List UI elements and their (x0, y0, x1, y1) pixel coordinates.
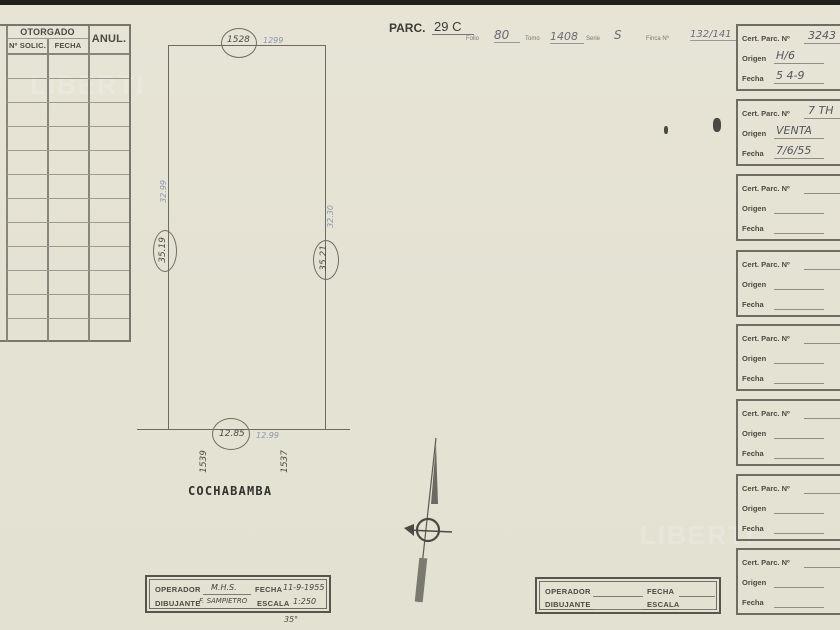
right-dimension-pencil: 32.30 (326, 205, 335, 228)
table-row-divider (7, 198, 129, 199)
fecha-value: 7/6/55 (776, 144, 811, 157)
certificate-box: Cert. Parc. NºOrigenFecha (736, 399, 840, 466)
certificate-box: Cert. Parc. Nº7 THOrigenVENTAFecha7/6/55 (736, 99, 840, 166)
finca-value: 132/141 (690, 29, 736, 41)
corner-number-left: 1539 (199, 450, 209, 473)
cert-number-label: Cert. Parc. Nº (742, 184, 790, 193)
origen-value: VENTA (776, 124, 812, 137)
origen-value: H/6 (776, 49, 795, 62)
escala-label: ESCALA (257, 599, 290, 608)
right-dimension: 35.21 (319, 245, 329, 271)
origen-label: Origen (742, 54, 766, 63)
table-row-divider (7, 318, 129, 319)
bottom-dimension-pencil: 12.99 (256, 431, 279, 440)
header-anul: ANUL. (89, 33, 129, 45)
origen-line (774, 438, 824, 439)
cert-number-line (804, 118, 840, 119)
origen-label: Origen (742, 280, 766, 289)
table-header-divider (7, 38, 88, 39)
table-row-divider (7, 78, 129, 79)
table-row-divider (7, 246, 129, 247)
folio-label: Folio (466, 36, 479, 42)
cert-number-label: Cert. Parc. Nº (742, 109, 790, 118)
operador-label: OPERADOR (545, 587, 591, 596)
ink-smudge (713, 118, 721, 132)
fecha-label: Fecha (742, 300, 764, 309)
escala-value: 1:250 (293, 597, 316, 606)
certificate-box: Cert. Parc. NºOrigenFecha (736, 250, 840, 317)
tomo-value: 1408 (550, 30, 584, 44)
origen-label: Origen (742, 504, 766, 513)
folio-value: 80 (494, 28, 520, 43)
certificate-box: Cert. Parc. Nº3243OrigenH/6Fecha5 4-9 (736, 24, 840, 91)
fecha-label: Fecha (742, 374, 764, 383)
parcel-right-edge (325, 45, 326, 430)
operador-line (593, 596, 643, 597)
fecha-line (774, 158, 824, 159)
fecha-label: Fecha (742, 524, 764, 533)
cert-number-line (804, 43, 840, 44)
cert-number-label: Cert. Parc. Nº (742, 558, 790, 567)
cert-number-line (804, 418, 840, 419)
dibujante-label: DIBUJANTE (545, 600, 591, 609)
left-dimension-pencil: 32.99 (159, 180, 168, 203)
top-dimension-pencil: 1299 (263, 36, 283, 45)
certificate-box: Cert. Parc. NºOrigenFecha (736, 474, 840, 541)
certificate-box: Cert. Parc. NºOrigenFecha (736, 174, 840, 241)
fecha-label: Fecha (742, 449, 764, 458)
origen-label: Origen (742, 429, 766, 438)
cert-number-line (804, 493, 840, 494)
table-row-divider (7, 126, 129, 127)
certificate-box: Cert. Parc. NºOrigenFecha (736, 324, 840, 391)
cert-number-label: Cert. Parc. Nº (742, 34, 790, 43)
fecha-label: FECHA (255, 585, 282, 594)
dibujante-line (593, 609, 643, 610)
otorgado-table: OTORGADO Nº SOLIC. FECHA ANUL. (0, 24, 131, 342)
fecha-line (774, 83, 824, 84)
fecha-line (679, 596, 715, 597)
parcel-value: 29 C (432, 19, 474, 35)
bottom-dimension: 12.85 (219, 429, 245, 439)
table-row-divider (7, 294, 129, 295)
cert-number-line (804, 567, 840, 568)
operator-box-empty: OPERADOR FECHA DIBUJANTE ESCALA (535, 577, 721, 614)
parcel-label: PARC. (389, 21, 425, 35)
fecha-label: Fecha (742, 598, 764, 607)
table-header-bottom (7, 53, 129, 55)
angle-note: 35° (284, 615, 298, 624)
table-row-divider (7, 150, 129, 151)
fecha-line (774, 607, 824, 608)
table-row-divider (7, 174, 129, 175)
fecha-line (774, 233, 824, 234)
origen-label: Origen (742, 204, 766, 213)
origen-line (774, 289, 824, 290)
origen-line (774, 587, 824, 588)
street-name: COCHABAMBA (188, 484, 272, 498)
dibujante-value: F. SAMPIETRO (199, 597, 247, 605)
certificate-box: Cert. Parc. NºOrigenFecha (736, 548, 840, 615)
origen-line (774, 213, 824, 214)
table-row-divider (7, 222, 129, 223)
top-dimension: 1528 (227, 35, 250, 45)
fecha-value: 11-9-1955 (283, 583, 324, 592)
header-nro-solic: Nº SOLIC. (7, 41, 48, 50)
operador-label: OPERADOR (155, 585, 201, 594)
operador-value: M.H.S. (211, 583, 237, 592)
header-fecha: FECHA (48, 41, 88, 50)
origen-label: Origen (742, 578, 766, 587)
table-col-divider (47, 39, 49, 342)
origen-line (774, 513, 824, 514)
fecha-line (774, 533, 824, 534)
origen-label: Origen (742, 129, 766, 138)
fecha-label: FECHA (647, 587, 674, 596)
cert-number-line (804, 193, 840, 194)
table-row-divider (7, 270, 129, 271)
escala-label: ESCALA (647, 600, 680, 609)
dibujante-label: DIBUJANTE (155, 599, 201, 608)
serie-label: Serie (586, 36, 600, 42)
cert-number-label: Cert. Parc. Nº (742, 484, 790, 493)
origen-label: Origen (742, 354, 766, 363)
finca-label: Finca Nº (646, 36, 669, 42)
cert-number-line (804, 343, 840, 344)
cert-number-value: 3243 (808, 29, 836, 42)
tomo-label: Tomo (525, 36, 540, 42)
origen-line (774, 63, 824, 64)
fecha-value: 5 4-9 (776, 69, 804, 82)
header-otorgado: OTORGADO (7, 27, 88, 37)
escala-line (679, 609, 715, 610)
cert-number-value: 7 TH (808, 104, 834, 117)
fecha-line (774, 458, 824, 459)
fecha-line (774, 383, 824, 384)
table-row-divider (7, 102, 129, 103)
left-dimension: 35.19 (158, 237, 168, 263)
cert-number-label: Cert. Parc. Nº (742, 409, 790, 418)
fecha-label: Fecha (742, 149, 764, 158)
operador-line (203, 594, 251, 595)
cert-number-line (804, 269, 840, 270)
corner-number-right: 1537 (280, 450, 290, 473)
cert-number-label: Cert. Parc. Nº (742, 260, 790, 269)
fecha-label: Fecha (742, 74, 764, 83)
origen-line (774, 363, 824, 364)
fecha-line (774, 309, 824, 310)
north-arrow-icon (400, 436, 460, 608)
serie-value: S (614, 28, 622, 42)
operator-box-filled: OPERADOR M.H.S. FECHA 11-9-1955 DIBUJANT… (145, 575, 331, 613)
origen-line (774, 138, 824, 139)
cert-number-label: Cert. Parc. Nº (742, 334, 790, 343)
ink-smudge (664, 126, 668, 134)
fecha-label: Fecha (742, 224, 764, 233)
